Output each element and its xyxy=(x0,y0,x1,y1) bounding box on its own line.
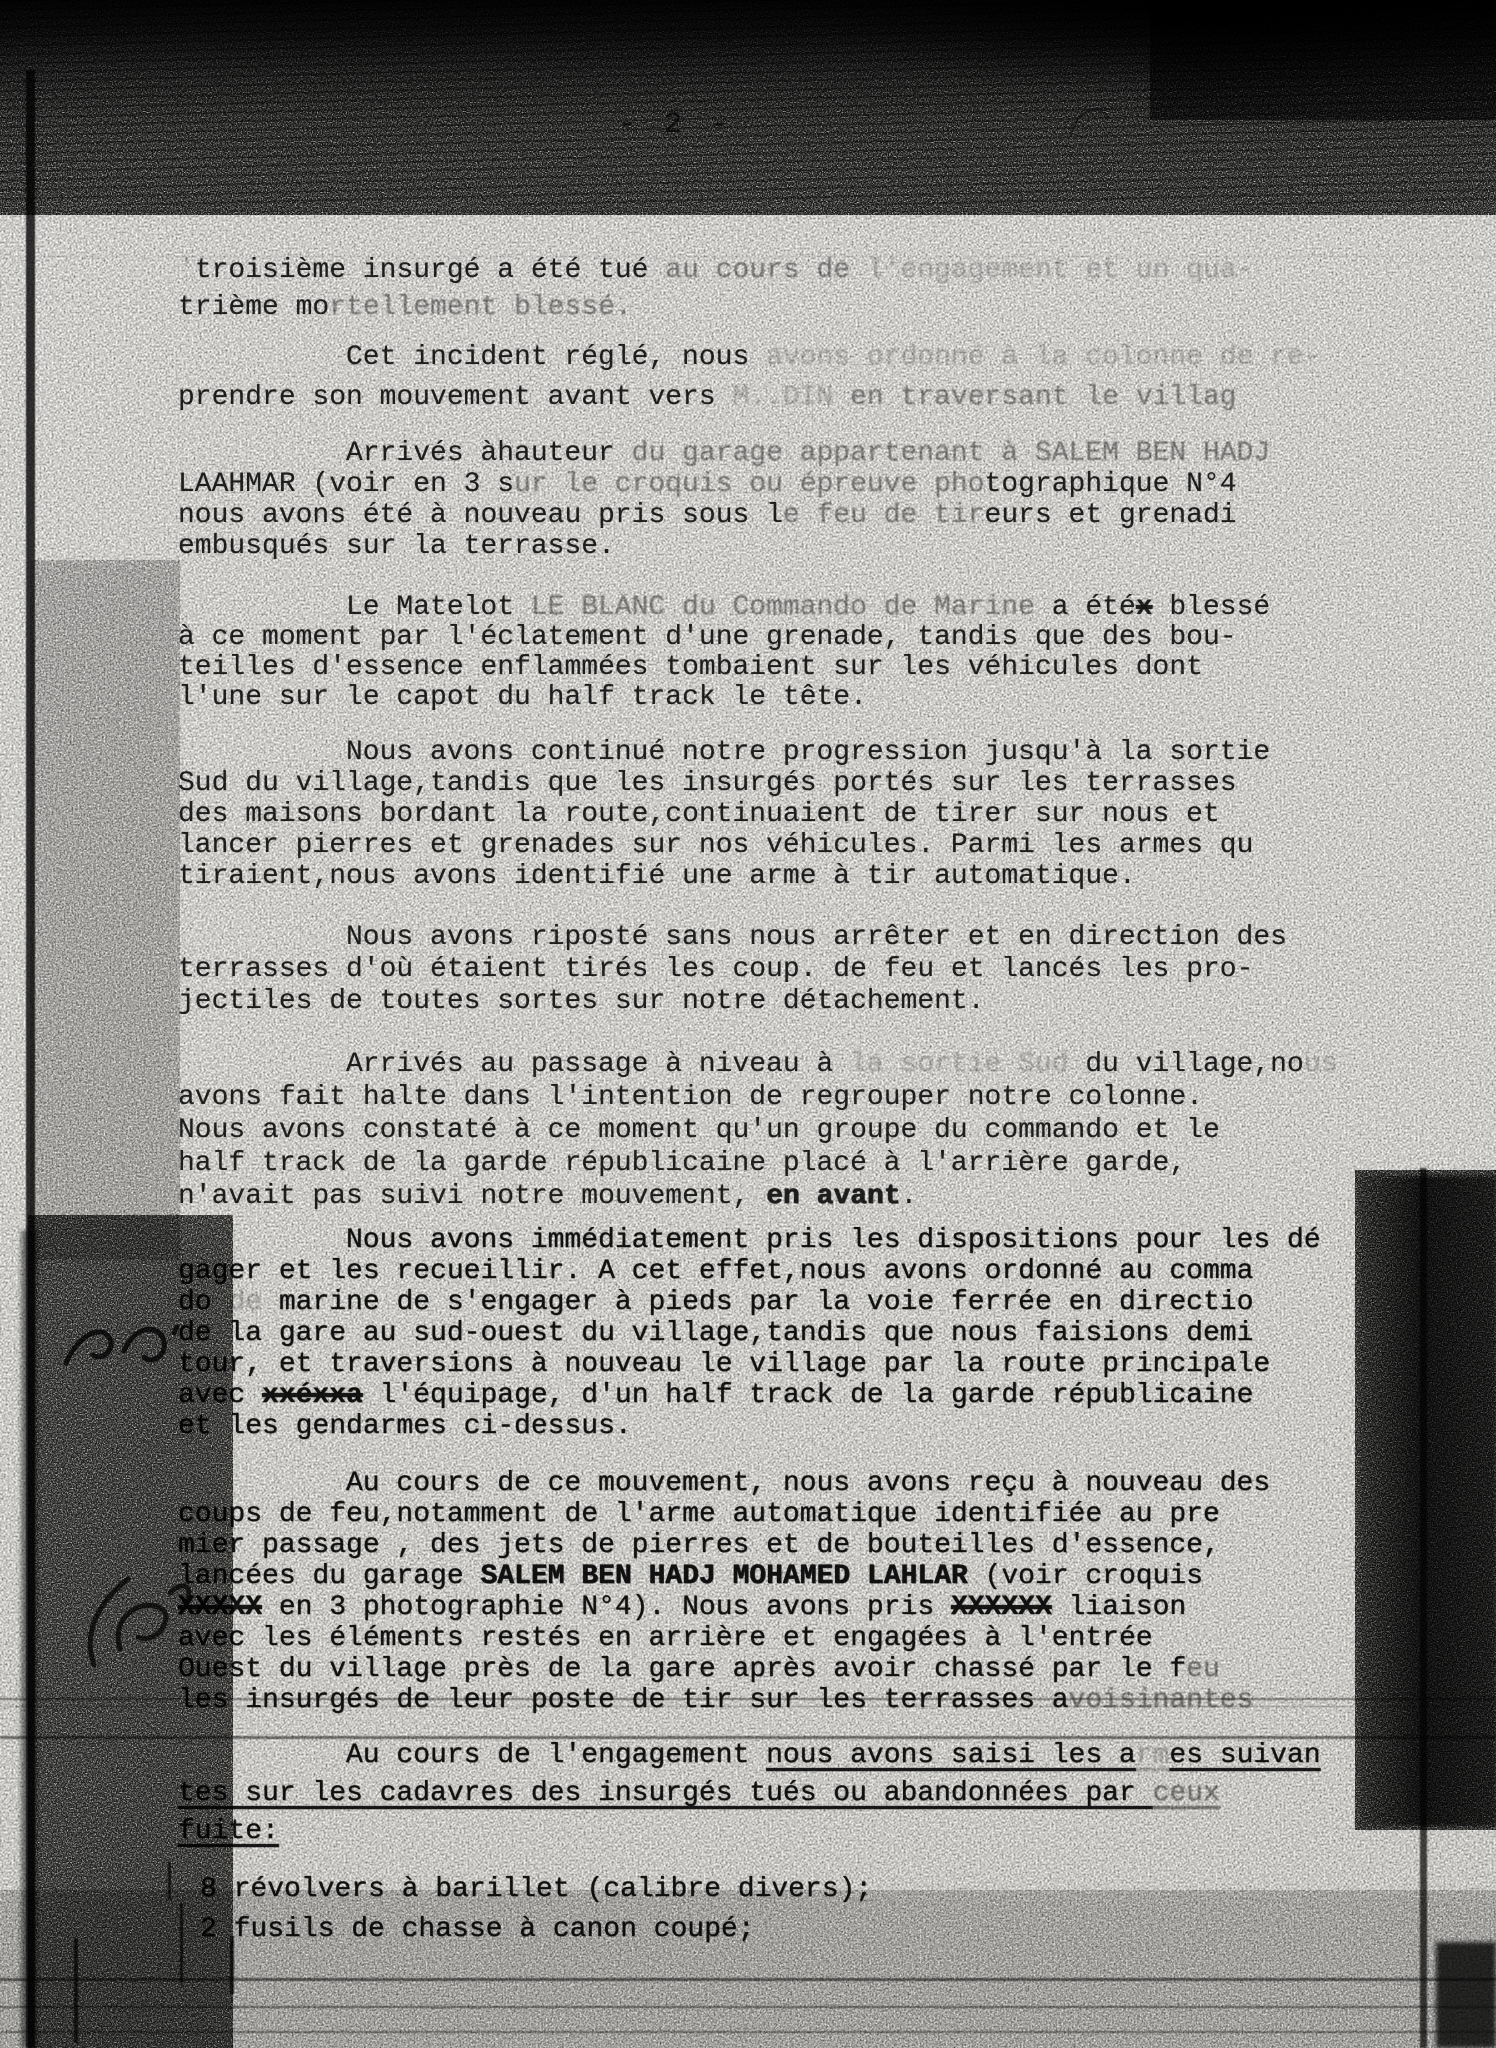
text-line: do de marine de s'engager à pieds par la… xyxy=(178,1287,1321,1318)
text-segment: fuite: xyxy=(178,1816,279,1847)
text-segment: marine de s'engager à pieds par la voie … xyxy=(262,1287,1253,1318)
text-line: de la gare au sud-ouest du village,tandi… xyxy=(178,1318,1321,1349)
text-segment: tographique N°4 xyxy=(985,469,1237,500)
margin-tick xyxy=(168,1862,171,1900)
text-segment: tiraient,nous avons identifié une arme à… xyxy=(178,861,1136,892)
text-segment: Nous avons continué notre progression ju… xyxy=(346,737,1270,768)
text-line: fuite: xyxy=(178,1813,1321,1851)
handwritten-annotation-icon xyxy=(58,1305,188,1385)
text-line: gager et les recueillir. A cet effet,nou… xyxy=(178,1256,1321,1287)
text-segment: avec xyxy=(178,1380,262,1411)
text-segment: à ce moment par l'éclatement d'une grena… xyxy=(178,622,1237,653)
text-segment: coups de feu,notamment de l'arme automat… xyxy=(178,1499,1220,1530)
text-segment: (voir croquis xyxy=(968,1561,1203,1592)
text-segment: avons fait halte dans l'intention de reg… xyxy=(178,1082,1203,1113)
text-line: tes sur les cadavres des insurgés tués o… xyxy=(178,1775,1321,1813)
text-line: coups de feu,notamment de l'arme automat… xyxy=(178,1499,1270,1530)
scanned-document-page: - 2 - 'troisième insurgé a été tué au co… xyxy=(0,0,1496,2048)
text-segment: en avant xyxy=(766,1181,900,1212)
text-segment: Arrivés au passage à niveau à xyxy=(346,1049,850,1080)
paragraph: Arrivés àhauteur du garage appartenant à… xyxy=(178,438,1270,562)
text-segment: rm xyxy=(1136,1740,1170,1771)
text-line: avec les éléments restés en arrière et e… xyxy=(178,1623,1270,1654)
text-segment: mier passage , des jets de pierres et de… xyxy=(178,1530,1220,1561)
text-line: LAAHMAR (voir en 3 sur le croquis ou épr… xyxy=(178,469,1270,500)
text-line: Nous avons immédiatement pris les dispos… xyxy=(178,1225,1321,1256)
paragraph: Nous avons immédiatement pris les dispos… xyxy=(178,1225,1321,1442)
text-line: Le Matelot LE BLANC du Commando de Marin… xyxy=(178,593,1270,623)
text-line: Au cours de l'engagement nous avons sais… xyxy=(178,1737,1321,1775)
text-segment: jectiles de toutes sortes sur notre déta… xyxy=(178,986,985,1017)
paragraph: Le Matelot LE BLANC du Commando de Marin… xyxy=(178,593,1270,713)
text-segment: ur le croquis ou épreuve pho xyxy=(514,469,984,500)
margin-tick xyxy=(230,1936,234,1994)
text-segment: M..DIN xyxy=(733,382,834,413)
text-segment: Au cours de l'engagement xyxy=(346,1740,766,1771)
text-segment: Cet incident réglé, nous xyxy=(346,342,766,373)
text-segment: nous avons été à nouveau pris sous l xyxy=(178,500,783,531)
paragraph: 'troisième insurgé a été tué au cours de… xyxy=(178,252,1253,326)
text-segment: rtellement blessé. xyxy=(329,292,631,323)
text-line: lancées du garage SALEM BEN HADJ MOHAMED… xyxy=(178,1561,1270,1592)
text-segment: gager et les recueillir. A cet effet,nou… xyxy=(178,1256,1253,1287)
paragraph: Cet incident réglé, nous avons ordonné à… xyxy=(178,338,1321,418)
text-segment: prendre son mouvement avant vers xyxy=(178,382,733,413)
scan-streak xyxy=(0,1698,1496,1700)
text-line: 8 révolvers à barillet (calibre divers); xyxy=(200,1870,872,1910)
text-segment: Nous avons riposté sans nous arrêter et … xyxy=(346,922,1287,953)
text-line: Au cours de ce mouvement, nous avons reç… xyxy=(178,1468,1270,1499)
text-line: n'avait pas suivi notre mouvement, en av… xyxy=(178,1180,1337,1213)
text-segment: xxéxxa xyxy=(262,1380,363,1411)
text-segment: et les gendarmes ci-dessus. xyxy=(178,1411,632,1442)
text-segment: les insurgés de leur poste de tir sur le… xyxy=(178,1685,1069,1716)
text-line: 'troisième insurgé a été tué au cours de… xyxy=(178,252,1253,289)
text-segment: Nous avons constaté à ce moment qu'un gr… xyxy=(178,1115,1220,1146)
scan-streak xyxy=(0,210,1496,212)
margin-tick xyxy=(74,1938,78,2043)
text-line: à ce moment par l'éclatement d'une grena… xyxy=(178,623,1270,653)
text-segment: x xyxy=(1136,592,1153,623)
scan-streak xyxy=(0,1978,1496,1981)
left-edge-shadow xyxy=(21,1230,37,2048)
text-segment: XXXXXX xyxy=(951,1592,1052,1623)
text-segment: avec les éléments restés en arrière et e… xyxy=(178,1623,1153,1654)
text-segment: a été xyxy=(1035,592,1136,623)
text-segment: lancées du garage xyxy=(178,1561,480,1592)
text-segment: du village,no xyxy=(1069,1049,1304,1080)
text-segment: eu xyxy=(1186,1654,1220,1685)
text-segment: de xyxy=(228,1287,262,1318)
text-segment: liaison xyxy=(1052,1592,1186,1623)
text-segment: embusqués sur la terrasse. xyxy=(178,531,615,562)
text-segment: trième mo xyxy=(178,292,329,323)
text-segment: tes sur les cadavres des insurgés tués o… xyxy=(178,1778,1153,1809)
text-segment: eurs et grenadi xyxy=(985,500,1237,531)
text-line: Nous avons riposté sans nous arrêter et … xyxy=(178,922,1287,954)
text-segment: lancer pierres et grenades sur nos véhic… xyxy=(178,830,1253,861)
text-line: et les gendarmes ci-dessus. xyxy=(178,1411,1321,1442)
text-segment: half track de la garde républicaine plac… xyxy=(178,1148,1186,1179)
text-segment: ceux xyxy=(1153,1778,1220,1809)
text-line: trième mortellement blessé. xyxy=(178,289,1253,326)
text-segment: teilles d'essence enflammées tombaient s… xyxy=(178,652,1203,683)
text-segment: de la gare au sud-ouest du village,tandi… xyxy=(178,1318,1253,1349)
right-edge-line xyxy=(1420,1168,1427,2048)
text-segment: 8 révolvers à barillet (calibre divers); xyxy=(200,1874,872,1905)
text-line: tiraient,nous avons identifié une arme à… xyxy=(178,861,1270,892)
scan-streak xyxy=(0,256,1496,257)
text-segment: LAAHMAR (voir en 3 s xyxy=(178,469,514,500)
text-segment: Le Matelot xyxy=(346,592,531,623)
text-segment: voisinantes xyxy=(1069,1685,1254,1716)
margin-tick xyxy=(180,1903,183,1983)
text-line: terrasses d'où étaient tirés les coup. d… xyxy=(178,954,1287,986)
text-segment: en traversant le villag xyxy=(833,382,1236,413)
text-segment: l'une sur le capot du half track le tête… xyxy=(178,682,867,713)
text-line: jectiles de toutes sortes sur notre déta… xyxy=(178,986,1287,1018)
text-segment: XXXXX xyxy=(178,1592,262,1623)
text-line: teilles d'essence enflammées tombaient s… xyxy=(178,653,1270,683)
text-line: les insurgés de leur poste de tir sur le… xyxy=(178,1685,1270,1716)
text-segment: Sud du village,tandis que les insurgés p… xyxy=(178,768,1237,799)
page-number: - 2 - xyxy=(618,108,733,142)
text-line: des maisons bordant la route,continuaien… xyxy=(178,799,1270,830)
text-segment: avons ordonné à la colonne de re- xyxy=(766,342,1321,373)
text-line: avec xxéxxa l'équipage, d'un half track … xyxy=(178,1380,1321,1411)
text-segment: Au cours de ce mouvement, nous avons reç… xyxy=(346,1468,1270,1499)
text-segment: 2 fusils de chasse à canon coupé; xyxy=(200,1914,755,1945)
text-line: 2 fusils de chasse à canon coupé; xyxy=(200,1910,872,1950)
text-segment: e feu de tir xyxy=(783,500,985,531)
paragraph: Arrivés au passage à niveau à la sortie … xyxy=(178,1048,1337,1213)
text-segment: Nous avons immédiatement pris les dispos… xyxy=(346,1225,1321,1256)
text-segment: n'avait pas suivi notre mouvement, xyxy=(178,1181,766,1212)
scan-streak xyxy=(0,1706,1496,1707)
text-segment: des maisons bordant la route,continuaien… xyxy=(178,799,1220,830)
text-segment: l'équipage, d'un half track de la garde … xyxy=(363,1380,1254,1411)
text-line: mier passage , des jets de pierres et de… xyxy=(178,1530,1270,1561)
scan-streak xyxy=(0,2006,1496,2008)
text-segment: en 3 photographie N°4). Nous avons pris xyxy=(262,1592,951,1623)
top-scan-band-corner xyxy=(0,0,1496,170)
text-line: half track de la garde républicaine plac… xyxy=(178,1147,1337,1180)
right-scan-band xyxy=(1360,1176,1496,1826)
bottom-right-ink-blob xyxy=(1436,1942,1496,2048)
text-segment: us xyxy=(1304,1049,1338,1080)
text-line: Nous avons constaté à ce moment qu'un gr… xyxy=(178,1114,1337,1147)
text-segment: terrasses d'où étaient tirés les coup. d… xyxy=(178,954,1253,985)
text-line: XXXXX en 3 photographie N°4). Nous avons… xyxy=(178,1592,1270,1623)
text-segment: LE BLANC du Commando de Marine xyxy=(531,592,1035,623)
scan-streak xyxy=(0,1736,1496,1739)
paragraph: Nous avons continué notre progression ju… xyxy=(178,737,1270,892)
text-line: Nous avons continué notre progression ju… xyxy=(178,737,1270,768)
text-segment: du garage appartenant à SALEM BEN HADJ xyxy=(632,438,1271,469)
text-segment: tour, et traversions à nouveau le villag… xyxy=(178,1349,1270,1380)
text-line: Cet incident réglé, nous avons ordonné à… xyxy=(178,338,1321,378)
text-line: Arrivés àhauteur du garage appartenant à… xyxy=(178,438,1270,469)
paragraph: Nous avons riposté sans nous arrêter et … xyxy=(178,922,1287,1018)
paragraph: Au cours de ce mouvement, nous avons reç… xyxy=(178,1468,1270,1716)
text-line: lancer pierres et grenades sur nos véhic… xyxy=(178,830,1270,861)
text-segment: Arrivés àhauteur xyxy=(346,438,632,469)
scan-streak xyxy=(0,2031,1496,2033)
paragraph: 8 révolvers à barillet (calibre divers);… xyxy=(200,1870,872,1950)
text-segment: troisième insurgé a été tué xyxy=(195,255,665,286)
text-line: l'une sur le capot du half track le tête… xyxy=(178,683,1270,713)
text-line: embusqués sur la terrasse. xyxy=(178,531,1270,562)
text-segment: l'engagement et un qua- xyxy=(867,255,1253,286)
paragraph: Au cours de l'engagement nous avons sais… xyxy=(178,1737,1321,1851)
text-segment: la sortie Sud xyxy=(850,1049,1068,1080)
text-segment: es suivan xyxy=(1169,1740,1320,1771)
text-segment: SALEM BEN HADJ MOHAMED LAHLAR xyxy=(480,1561,967,1592)
text-segment: . xyxy=(901,1181,918,1212)
text-line: Sud du village,tandis que les insurgés p… xyxy=(178,768,1270,799)
text-segment: Ouest du village près de la gare après a… xyxy=(178,1654,1186,1685)
text-segment: au cours de xyxy=(665,255,867,286)
text-line: prendre son mouvement avant vers M..DIN … xyxy=(178,378,1321,418)
text-line: Arrivés au passage à niveau à la sortie … xyxy=(178,1048,1337,1081)
text-line: tour, et traversions à nouveau le villag… xyxy=(178,1349,1321,1380)
text-line: avons fait halte dans l'intention de reg… xyxy=(178,1081,1337,1114)
text-segment: nous avons saisi les a xyxy=(766,1740,1136,1771)
text-line: Ouest du village près de la gare après a… xyxy=(178,1654,1270,1685)
text-segment: blessé xyxy=(1153,592,1271,623)
text-segment: ' xyxy=(178,255,195,286)
text-segment: do xyxy=(178,1287,228,1318)
text-line: nous avons été à nouveau pris sous le fe… xyxy=(178,500,1270,531)
